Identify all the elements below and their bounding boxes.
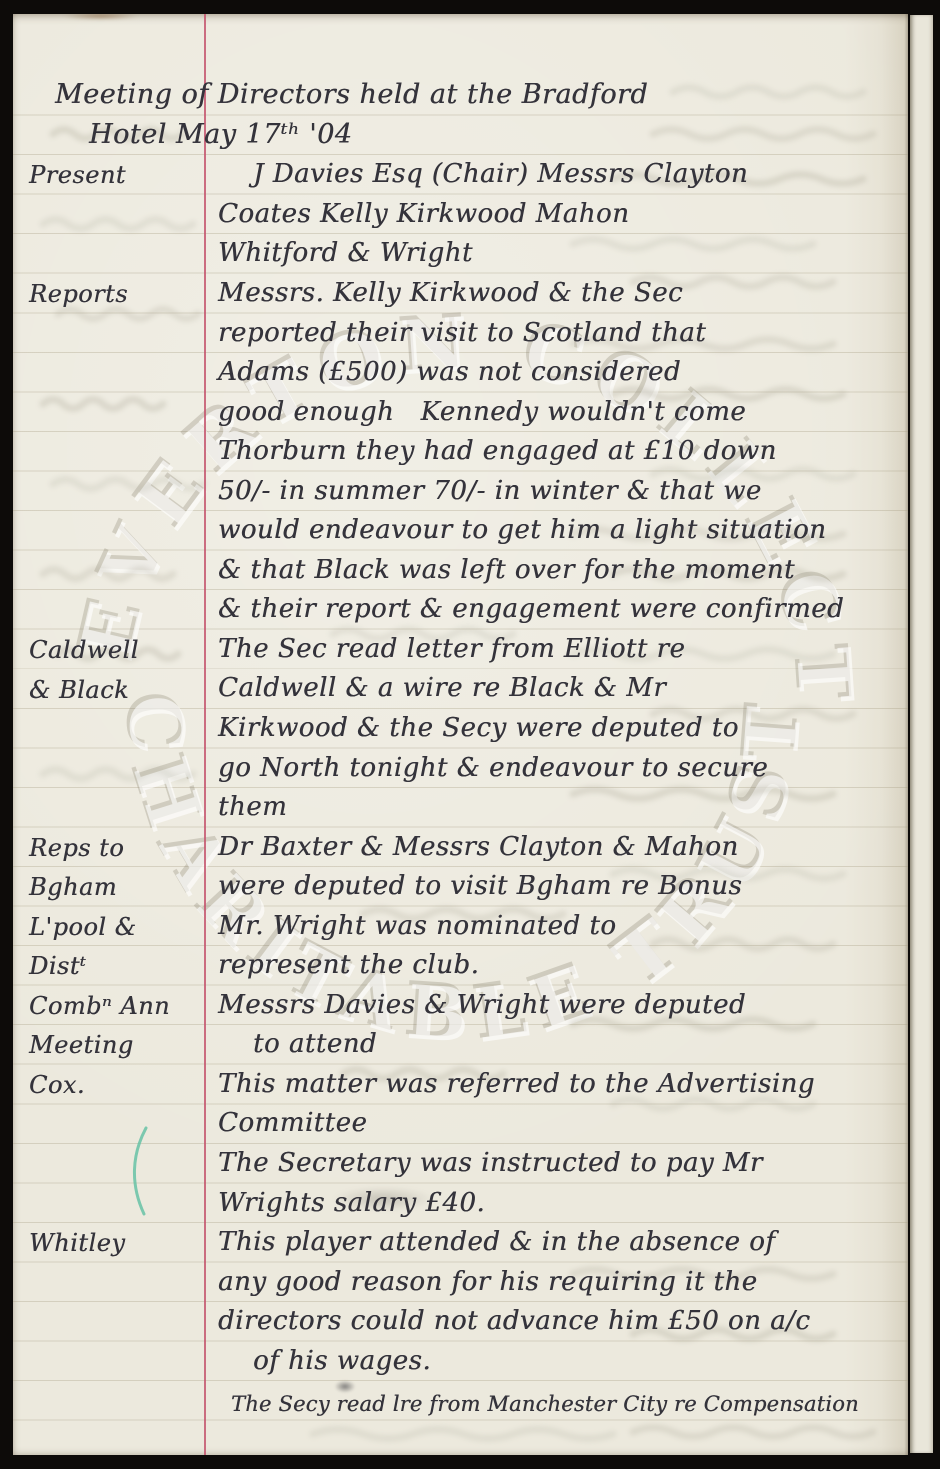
minute-line: any good reason for his requiring it the (13, 1256, 902, 1296)
margin-heading: Caldwell (13, 638, 191, 663)
line-text: Coates Kelly Kirkwood Mahon (191, 201, 629, 228)
line-text: The Secy read lre from Manchester City r… (191, 1393, 859, 1415)
minute-line: L'pool & Mr. Wright was nominated to (13, 900, 902, 940)
line-text: good enough Kennedy wouldn't come (191, 399, 746, 426)
line-text: Mr. Wright was nominated to (191, 913, 616, 940)
margin-heading: Distᵗ (13, 954, 191, 979)
margin-heading: L'pool & (13, 915, 191, 940)
minute-line: The Secretary was instructed to pay Mr (13, 1138, 902, 1178)
line-text: reported their visit to Scotland that (191, 320, 706, 347)
minute-line: would endeavour to get him a light situa… (13, 505, 902, 545)
line-text: & their report & engagement were confirm… (191, 596, 844, 623)
line-text: The Secretary was instructed to pay Mr (191, 1150, 763, 1177)
line-text: represent the club. (191, 952, 479, 979)
line-text: Caldwell & a wire re Black & Mr (191, 675, 666, 702)
minute-line: directors could not advance him £50 on a… (13, 1296, 902, 1336)
line-text: The Sec read letter from Elliott re (191, 636, 685, 663)
line-text: Adams (£500) was not considered (191, 359, 681, 386)
line-text: This matter was referred to the Advertis… (191, 1071, 815, 1098)
minute-line: The Secy read lre from Manchester City r… (13, 1375, 902, 1415)
minute-line: Adams (£500) was not considered (13, 347, 902, 387)
line-text: 50/- in summer 70/- in winter & that we (191, 478, 762, 505)
line-text: go North tonight & endeavour to secure (191, 755, 768, 782)
line-text: Messrs Davies & Wright were deputed (191, 992, 746, 1019)
line-text: of his wages. (191, 1348, 431, 1375)
minute-line: Cox. This matter was referred to the Adv… (13, 1059, 902, 1099)
line-text: & that Black was left over for the momen… (191, 557, 795, 584)
minute-line: Kirkwood & the Secy were deputed to (13, 703, 902, 743)
line-text: Committee (191, 1110, 367, 1137)
margin-heading: Whitley (13, 1231, 191, 1256)
minute-line: 50/- in summer 70/- in winter & that we (13, 465, 902, 505)
minutes-text: Meeting of Directors held at the Bradfor… (13, 70, 902, 1415)
line-text: any good reason for his requiring it the (191, 1269, 758, 1296)
minute-line: & Black Caldwell & a wire re Black & Mr (13, 663, 902, 703)
minute-line: Meeting of Directors held at the Bradfor… (13, 70, 902, 110)
minute-line: of his wages. (13, 1336, 902, 1376)
line-text: This player attended & in the absence of (191, 1229, 775, 1256)
minute-line: Bgham were deputed to visit Bgham re Bon… (13, 861, 902, 901)
minute-line: Present J Davies Esq (Chair) Messrs Clay… (13, 149, 902, 189)
minute-line: & that Black was left over for the momen… (13, 545, 902, 585)
minute-line: them (13, 782, 902, 822)
margin-heading: Present (13, 163, 191, 188)
margin-heading: Reps to (13, 836, 191, 861)
next-page-edge (910, 15, 933, 1453)
line-text: Dr Baxter & Messrs Clayton & Mahon (191, 834, 739, 861)
minute-line: Caldwell The Sec read letter from Elliot… (13, 624, 902, 664)
minute-line: reported their visit to Scotland that (13, 307, 902, 347)
ghost-stroke (633, 1428, 873, 1437)
minute-line: Whitley This player attended & in the ab… (13, 1217, 902, 1257)
minute-line: Distᵗ represent the club. (13, 940, 902, 980)
minute-line: Reps to Dr Baxter & Messrs Clayton & Mah… (13, 821, 902, 861)
line-text: Meeting of Directors held at the Bradfor… (13, 81, 648, 109)
line-text: would endeavour to get him a light situa… (191, 517, 826, 544)
minute-line: Combⁿ Ann Messrs Davies & Wright were de… (13, 980, 902, 1020)
line-text: Wrights salary £40. (191, 1190, 485, 1217)
line-text: Messrs. Kelly Kirkwood & the Sec (191, 280, 683, 307)
line-text: Kirkwood & the Secy were deputed to (191, 715, 739, 742)
minute-line: Thorburn they had engaged at £10 down (13, 426, 902, 466)
margin-heading: Meeting (13, 1033, 191, 1058)
minute-line: Whitford & Wright (13, 228, 902, 268)
minute-line: Hotel May 17ᵗʰ '04 (13, 110, 902, 150)
line-text: J Davies Esq (Chair) Messrs Clayton (191, 161, 748, 188)
minute-line: good enough Kennedy wouldn't come (13, 386, 902, 426)
margin-heading: Combⁿ Ann (13, 994, 191, 1019)
margin-heading: & Black (13, 678, 191, 703)
line-text: Hotel May 17ᵗʰ '04 (13, 121, 352, 149)
minute-line: & their report & engagement were confirm… (13, 584, 902, 624)
line-text: were deputed to visit Bgham re Bonus (191, 873, 742, 900)
minute-line: Wrights salary £40. (13, 1177, 902, 1217)
line-text: them (191, 794, 287, 821)
margin-heading: Cox. (13, 1073, 191, 1098)
minute-line: Coates Kelly Kirkwood Mahon (13, 189, 902, 229)
minute-line: Reports Messrs. Kelly Kirkwood & the Sec (13, 268, 902, 308)
minute-line: go North tonight & endeavour to secure (13, 742, 902, 782)
line-text: Whitford & Wright (191, 240, 473, 267)
minute-line: Committee (13, 1098, 902, 1138)
ledger-page: THE EVERTON COLLECTION THE EVERTON COLLE… (13, 14, 908, 1455)
line-text: directors could not advance him £50 on a… (191, 1308, 810, 1335)
line-text: to attend (191, 1031, 377, 1058)
line-text: Thorburn they had engaged at £10 down (191, 438, 777, 465)
margin-heading: Reports (13, 282, 191, 307)
margin-heading: Bgham (13, 875, 191, 900)
paper-edge-stain (53, 14, 148, 21)
minute-line: Meeting to attend (13, 1019, 902, 1059)
ghost-stroke (313, 1430, 613, 1439)
photo-background: THE EVERTON COLLECTION THE EVERTON COLLE… (0, 0, 940, 1469)
